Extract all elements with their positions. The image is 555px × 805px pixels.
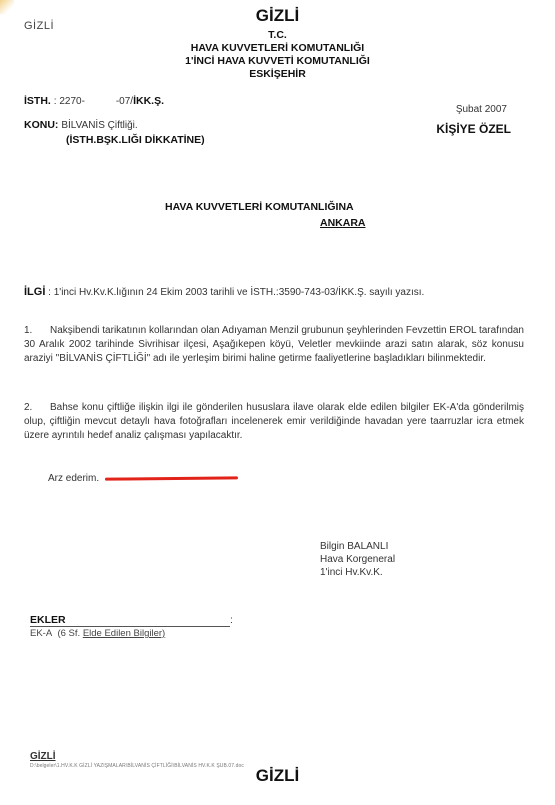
addressee-line1: HAVA KUVVETLERİ KOMUTANLIĞINA — [165, 201, 354, 213]
header-country: T.C. — [0, 29, 555, 42]
subject-value: BİLVANİS Çiftliği. — [61, 120, 137, 131]
red-redaction-mark — [105, 476, 238, 480]
attachment-pages: (6 Sf. — [57, 628, 80, 639]
attachment-item: EK-A (6 Sf. Elde Edilen Bilgiler) — [30, 628, 165, 639]
footer-classification: GİZLİ — [30, 751, 56, 762]
attachment-code: EK-A — [30, 628, 52, 639]
ilgi-label: İLGİ — [24, 286, 45, 298]
reference-suffix-code: -07/ — [116, 96, 133, 107]
subject-attention: (İSTH.BŞK.LIĞI DİKKATİNE) — [66, 134, 205, 146]
ilgi-section: İLGİ : 1'inci Hv.Kv.K.lığının 24 Ekim 20… — [24, 285, 524, 300]
attachments-underline — [30, 626, 230, 627]
reference-label: İSTH. — [24, 95, 51, 107]
subject-line: KONU: BİLVANİS Çiftliği. — [24, 119, 138, 131]
reference-suffix-bold: İKK.Ş. — [133, 95, 164, 107]
signature-name: Bilgin BALANLI — [320, 540, 395, 553]
paragraph-1: 1.Nakşibendi tarikatının kollarından ola… — [24, 324, 524, 366]
attachments-label: EKLER — [30, 614, 66, 626]
reference-number: İSTH. : 2270- -07/İKK.Ş. — [24, 95, 164, 107]
classification-footer: GİZLİ — [0, 766, 555, 786]
ilgi-text: : 1'inci Hv.Kv.K.lığının 24 Ekim 2003 ta… — [48, 287, 424, 298]
header-org-line2: 1'İNCİ HAVA KUVVETİ KOMUTANLIĞI — [0, 55, 555, 68]
paragraph-number: 2. — [24, 401, 50, 415]
classification-header: GİZLİ — [0, 6, 555, 26]
paragraph-text: Bahse konu çiftliğe ilişkin ilgi ile gön… — [24, 402, 524, 441]
signature-rank: Hava Korgeneral — [320, 553, 395, 566]
paragraph-number: 1. — [24, 324, 50, 338]
document-date: Şubat 2007 — [456, 104, 507, 115]
closing-phrase: Arz ederim. — [48, 473, 99, 484]
paragraph-text: Nakşibendi tarikatının kollarından olan … — [24, 325, 524, 364]
header-org-line1: HAVA KUVVETLERİ KOMUTANLIĞI — [0, 42, 555, 55]
subject-label: KONU: — [24, 119, 58, 131]
addressee-line2: ANKARA — [320, 217, 366, 229]
attachments-colon: : — [230, 614, 233, 626]
header-city: ESKİŞEHİR — [0, 68, 555, 81]
signature-unit: 1'inci Hv.Kv.K. — [320, 566, 395, 579]
signature-block: Bilgin BALANLI Hava Korgeneral 1'inci Hv… — [320, 540, 395, 579]
attachment-title: Elde Edilen Bilgiler) — [83, 628, 165, 639]
reference-value: : 2270- — [54, 96, 85, 107]
paragraph-2: 2.Bahse konu çiftliğe ilişkin ilgi ile g… — [24, 401, 524, 443]
personal-label: KİŞİYE ÖZEL — [436, 122, 511, 136]
